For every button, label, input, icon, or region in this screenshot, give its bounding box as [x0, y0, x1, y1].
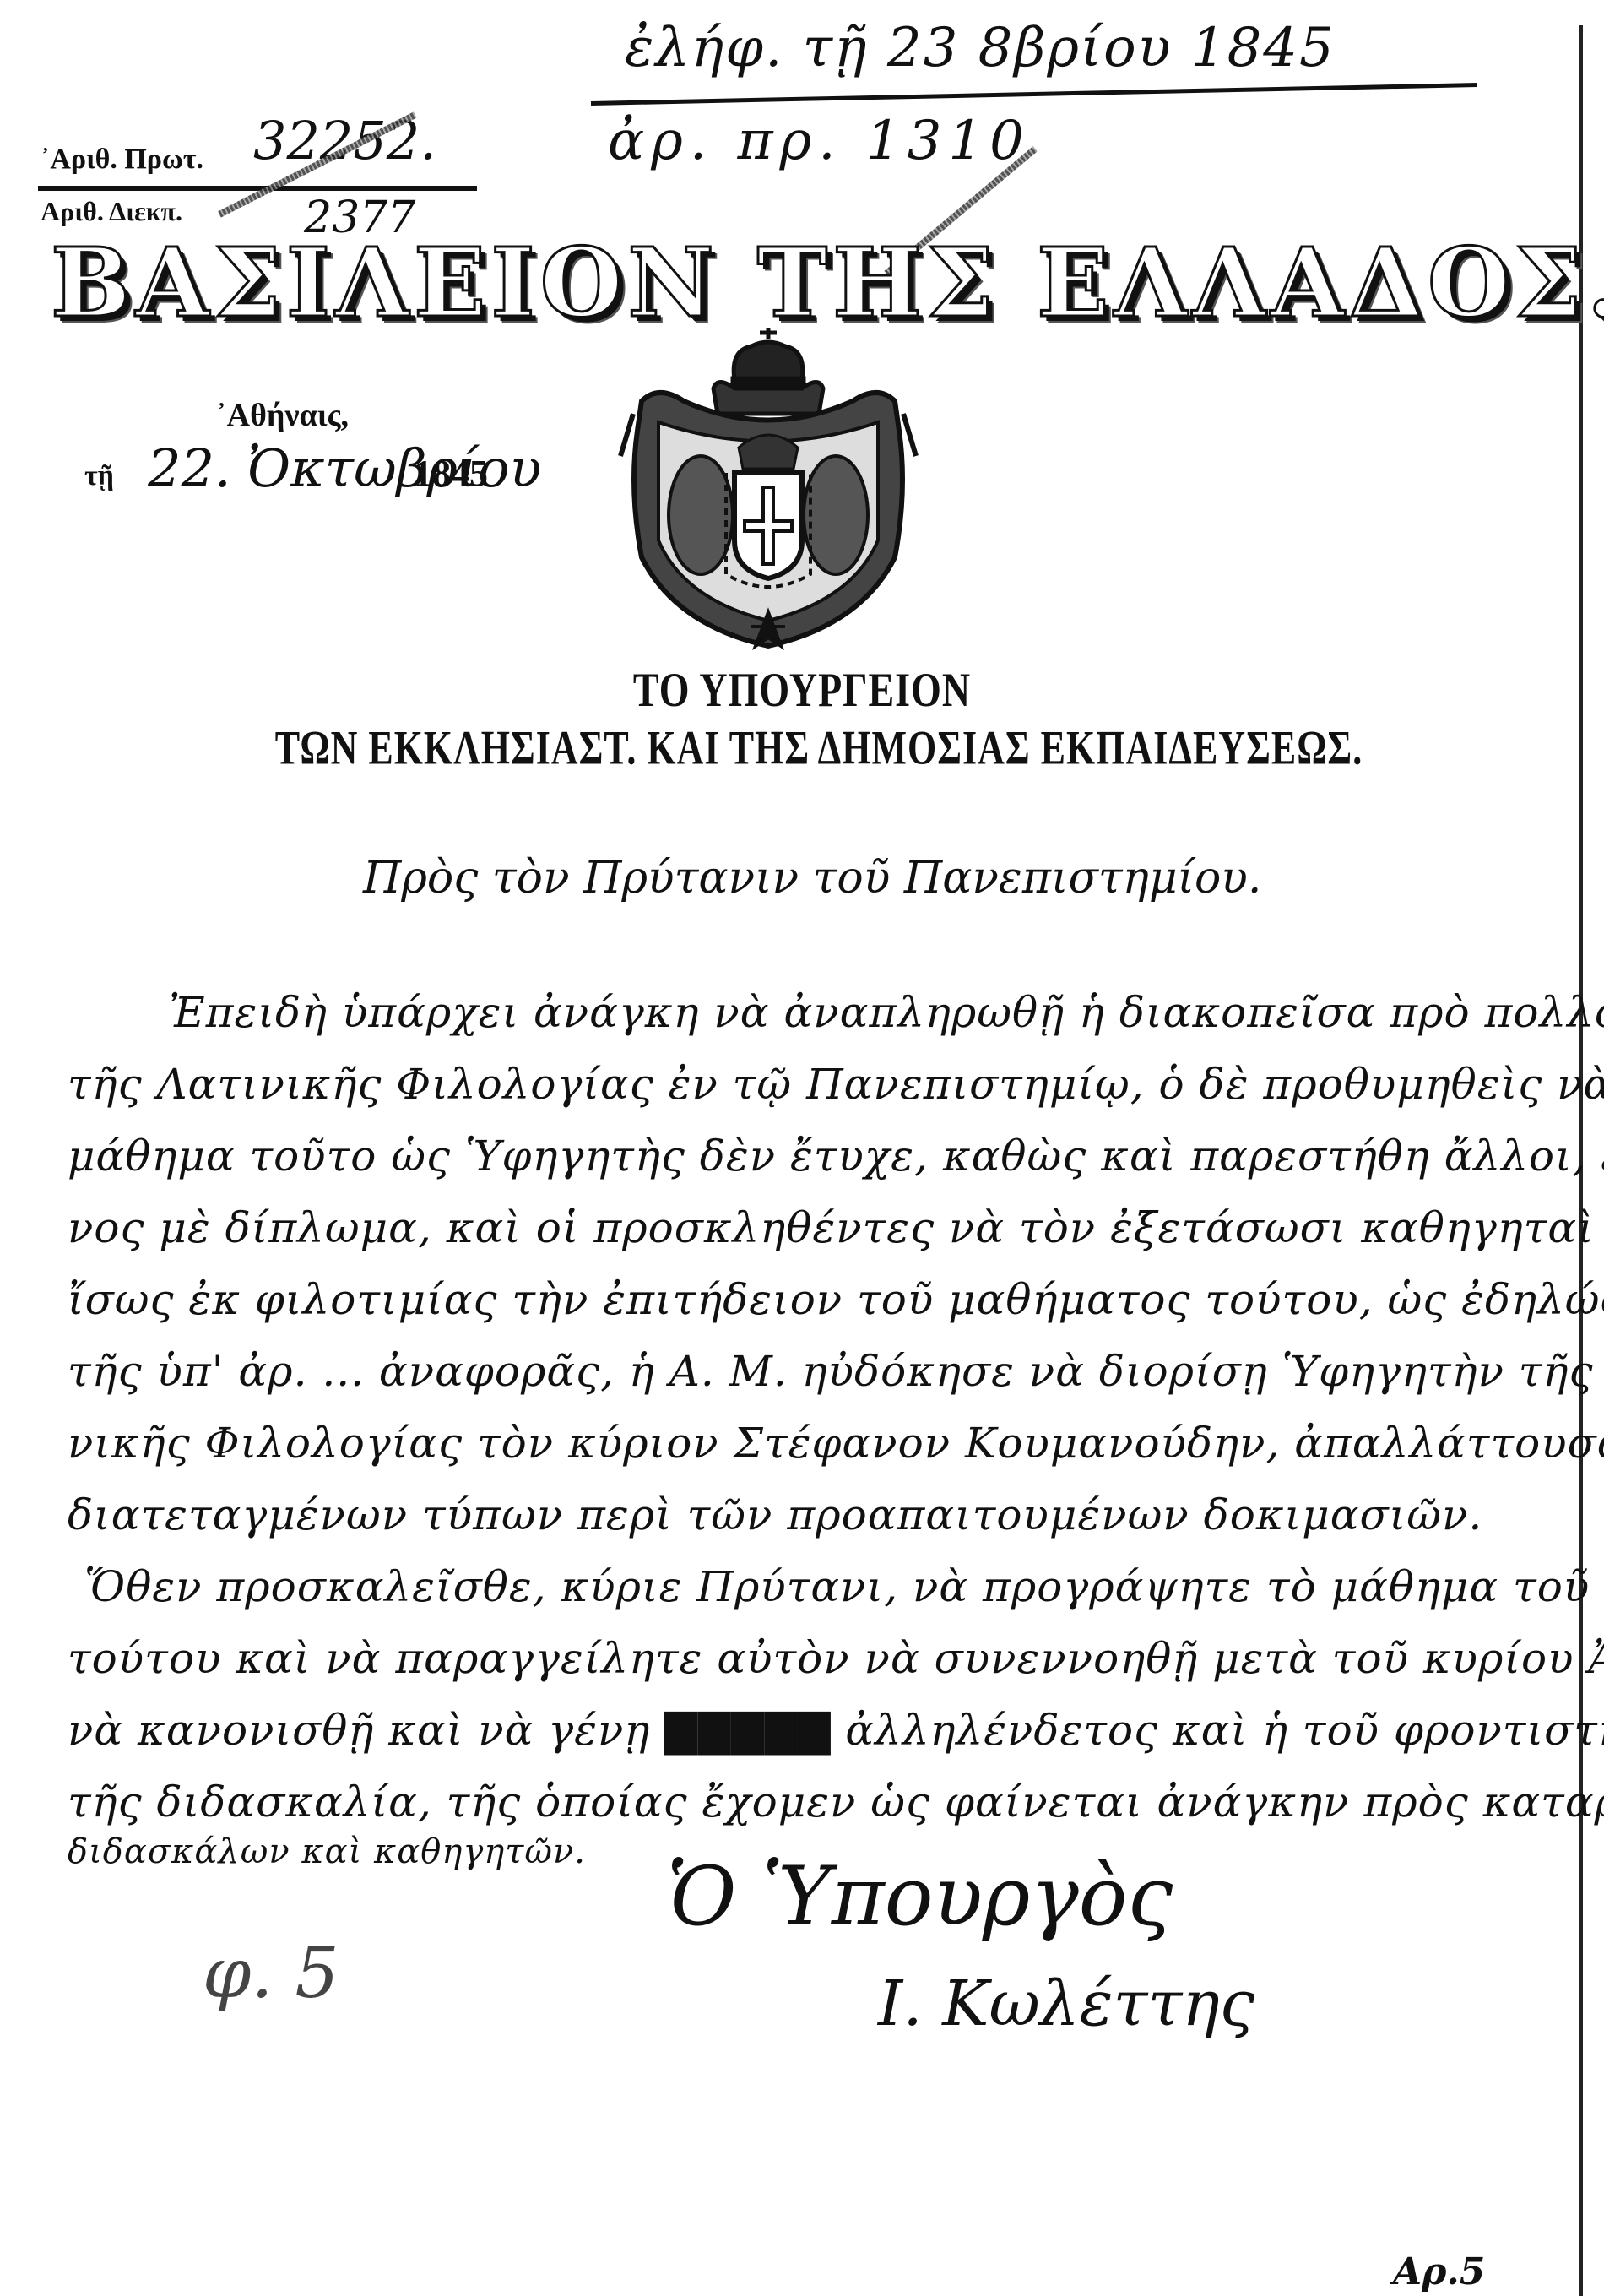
date-prefix: τῇ	[84, 460, 114, 492]
letter-line: Ἐπειδὴ ὑπάρχει ἀνάγκη νὰ ἀναπληρωθῇ ἡ δι…	[68, 988, 1553, 1037]
protocol-label: ᾿Αριθ. Πρωτ.	[41, 144, 203, 176]
letter-line: τῆς Λατινικῆς Φιλολογίας ἐν τῷ Πανεπιστη…	[68, 1060, 1553, 1109]
letter-line: νικῆς Φιλολογίας τὸν κύριον Στέφανον Κου…	[68, 1419, 1553, 1468]
ministry-heading-line1: ΤΟ ΥΠΟΥΡΓΕΙΟΝ	[0, 661, 1604, 717]
page-mark: Αρ.5	[1393, 2250, 1485, 2293]
letter-line: μάθημα τοῦτο ὡς Ὑφηγητὴς δὲν ἔτυχε, καθὼ…	[68, 1132, 1553, 1181]
letter-line: Ὅθεν προσκαλεῖσθε, κύριε Πρύτανι, νὰ προ…	[68, 1562, 1553, 1611]
letter-line: τῆς ὑπ' ἀρ. ... ἀναφορᾶς, ἡ Α. Μ. ηὐδόκη…	[68, 1347, 1553, 1396]
signature-title: Ὁ Ὑπουργὸς	[667, 1849, 1173, 1944]
salutation: Πρὸς τὸν Πρύτανιν τοῦ Πανεπιστημίου.	[363, 853, 1261, 904]
ministry-heading-line2: ΤΩΝ ΕΚΚΛΗΣΙΑΣΤ. ΚΑΙ ΤΗΣ ΔΗΜΟΣΙΑΣ ΕΚΠΑΙΔΕ…	[0, 719, 1604, 775]
letter-line: τούτου καὶ νὰ παραγγείλητε αὐτὸν νὰ συνε…	[68, 1634, 1553, 1683]
received-number-note: ἀρ. πρ. 1310	[608, 110, 1031, 172]
letter-line: τῆς διδασκαλία, τῆς ὁποίας ἔχομεν ὡς φαί…	[68, 1778, 1553, 1826]
margin-note: φ. 5	[203, 1934, 339, 2014]
signature-name: Ι. Κωλέττης	[878, 1968, 1254, 2040]
coat-of-arms-icon	[608, 321, 929, 659]
letter-line: ἴσως ἐκ φιλοτιμίας τὴν ἐπιτήδειον τοῦ μα…	[68, 1275, 1553, 1324]
letter-line: νος μὲ δίπλωμα, καὶ οἱ προσκληθέντες νὰ …	[68, 1203, 1553, 1252]
letter-line: διατεταγμένων τύπων περὶ τῶν προαπαιτουμ…	[68, 1490, 1553, 1539]
received-note-divider	[591, 83, 1477, 106]
date-year: 1845	[414, 452, 488, 495]
received-date-note: ἐλήφ. τῇ 23 8βρίου 1845	[625, 17, 1336, 79]
dispatch-label: Αριθ. Διεκπ.	[41, 196, 182, 227]
letter-line: νὰ κανονισθῇ καὶ νὰ γένῃ ▇▇▇▇▇ ἀλληλένδε…	[68, 1706, 1553, 1755]
place-label: ᾿Αθήναις,	[216, 397, 349, 434]
